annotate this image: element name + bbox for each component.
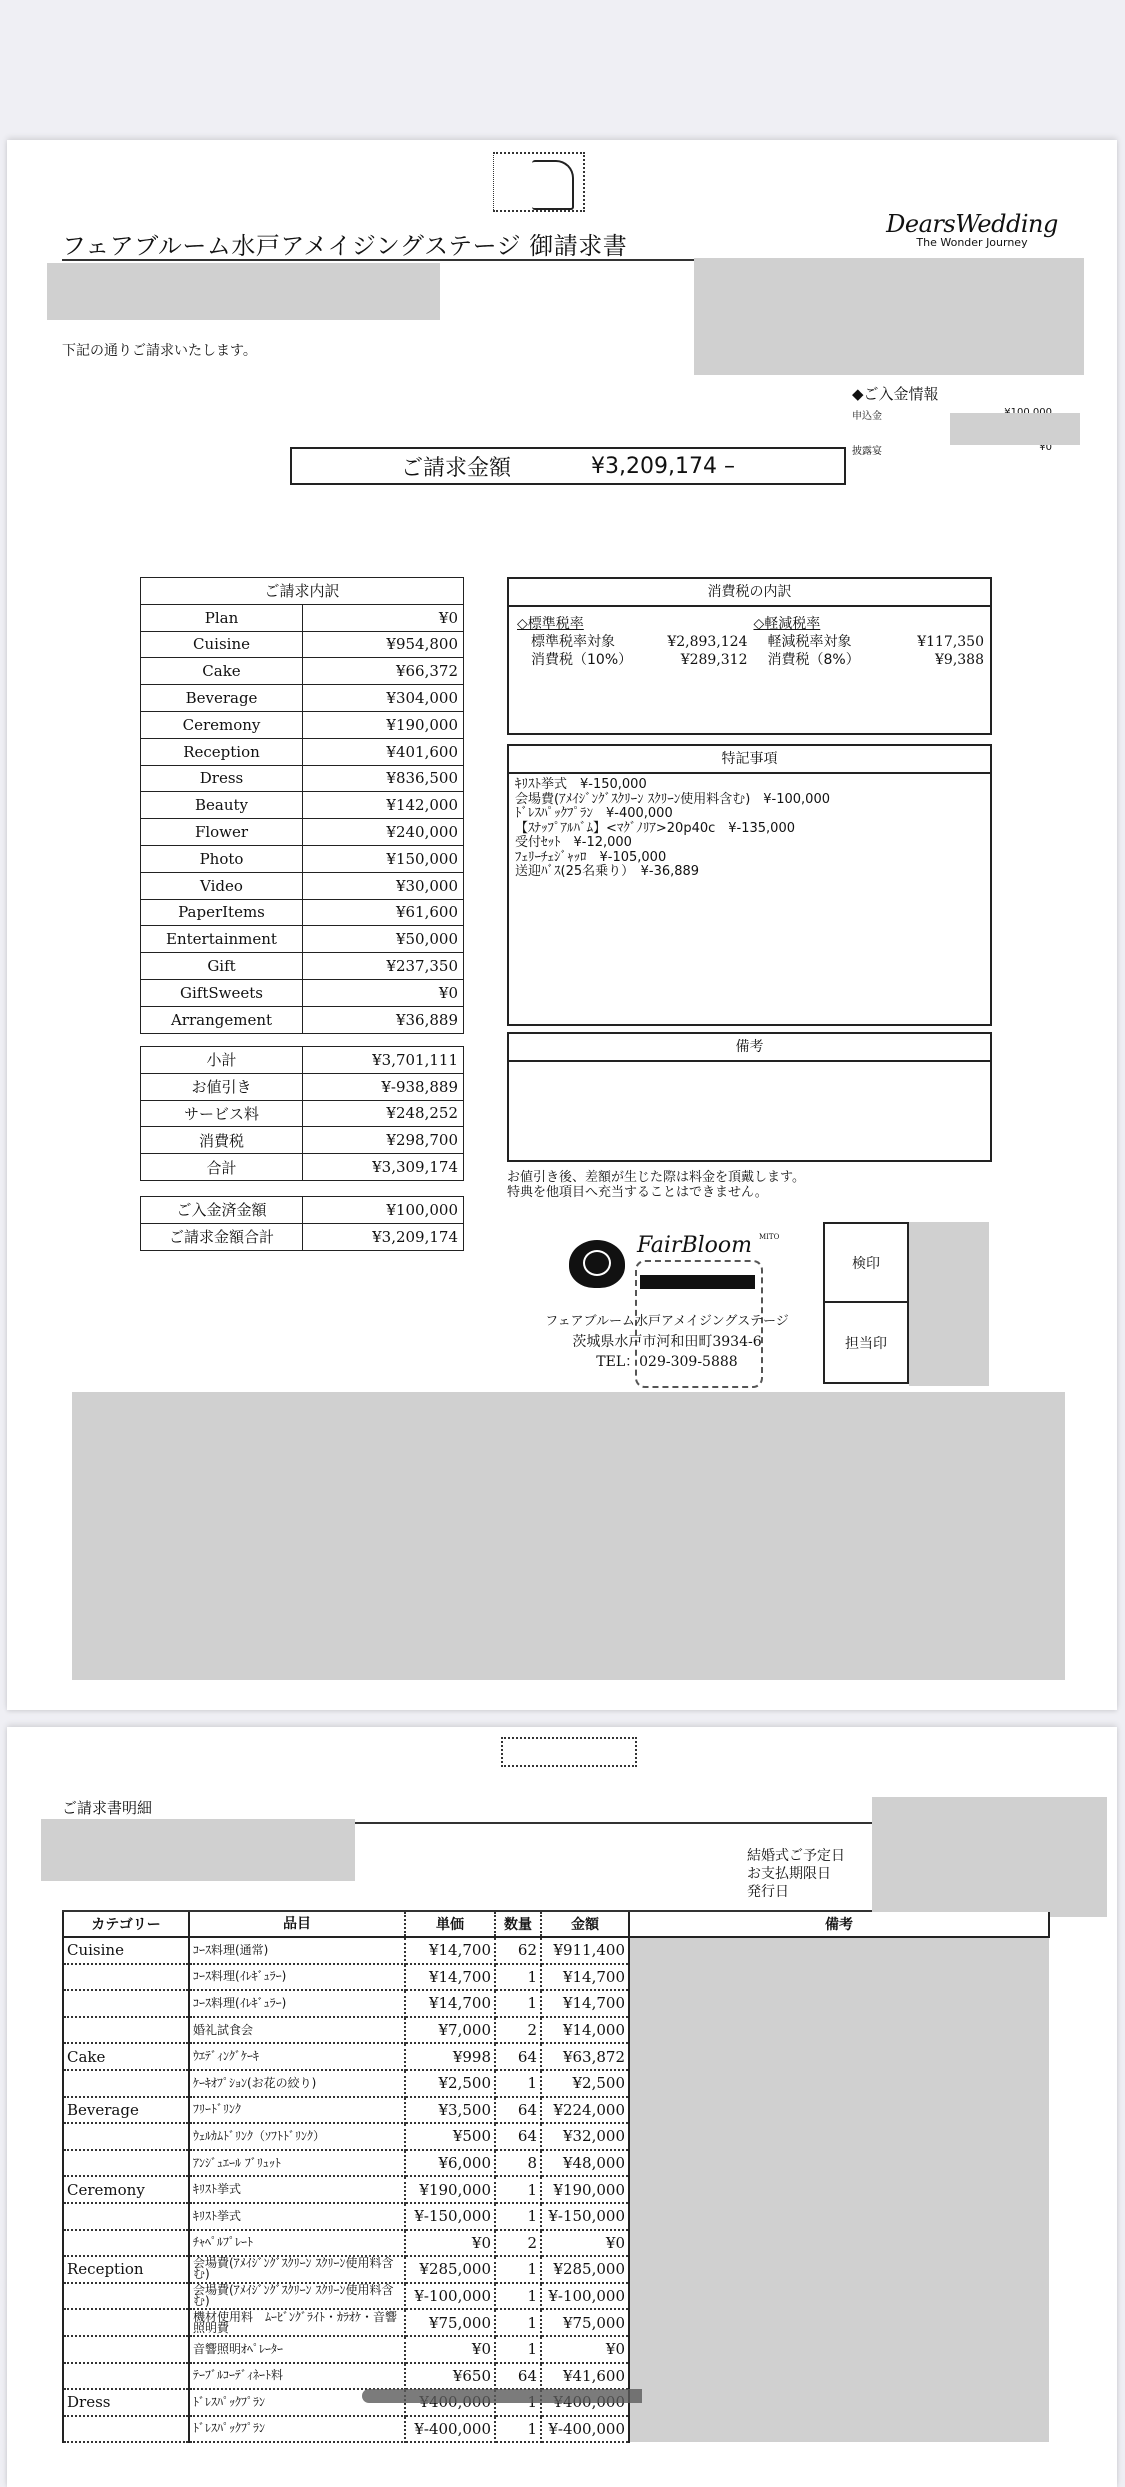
- cell-qty: 8: [495, 2150, 541, 2177]
- tax-title: 消費税の内訳: [509, 579, 990, 607]
- cell-amount: ¥911,400: [541, 1937, 629, 1964]
- cell-remarks-redacted: [629, 2176, 1049, 2203]
- row-label: Cuisine: [141, 631, 303, 658]
- cell-category: [63, 2017, 189, 2044]
- cell-qty: 64: [495, 2123, 541, 2150]
- table-row: Cake¥66,372: [141, 658, 464, 685]
- table-row: Photo¥150,000: [141, 845, 464, 872]
- cell-unit-price: ¥-150,000: [405, 2203, 495, 2230]
- cell-amount: ¥2,500: [541, 2070, 629, 2097]
- cell-item: ﾃｰﾌﾞﾙｺｰﾃﾞｨﾈｰﾄ料: [189, 2363, 405, 2390]
- table-row: サービス料¥248,252: [141, 1100, 464, 1127]
- row-value: ¥100,000: [303, 1197, 464, 1224]
- row-value: ¥3,309,174: [303, 1154, 464, 1181]
- row-value: ¥-938,889: [303, 1073, 464, 1100]
- cell-category: [63, 2309, 189, 2336]
- row-label: Reception: [141, 738, 303, 765]
- cell-qty: 1: [495, 2283, 541, 2310]
- scroll-indicator[interactable]: [362, 2389, 642, 2403]
- row-value: ¥50,000: [303, 926, 464, 953]
- row-value: ¥66,372: [303, 658, 464, 685]
- company-logo: FairBloom MITO: [637, 1233, 779, 1258]
- reduced-tax-heading: ◇軽減税率: [754, 613, 985, 633]
- cell-unit-price: ¥190,000: [405, 2176, 495, 2203]
- cell-remarks-redacted: [629, 2070, 1049, 2097]
- cell-unit-price: ¥14,700: [405, 1990, 495, 2017]
- special-note-line: 受付ｾｯﾄ ¥-12,000: [515, 836, 984, 851]
- cell-item: 会場費(ｱﾒｲｼﾞﾝｸﾞｽｸﾘｰﾝ ｽｸﾘｰﾝ使用料含む): [189, 2256, 405, 2283]
- row-value: ¥30,000: [303, 872, 464, 899]
- table-row: Reception¥401,600: [141, 738, 464, 765]
- cell-unit-price: ¥998: [405, 2043, 495, 2070]
- cell-remarks-redacted: [629, 2150, 1049, 2177]
- tax-label: 標準税率対象: [531, 633, 615, 651]
- row-value: ¥0: [303, 979, 464, 1006]
- col-qty: 数量: [495, 1912, 541, 1937]
- row-label: PaperItems: [141, 899, 303, 926]
- table-row: ご請求金額合計¥3,209,174: [141, 1223, 464, 1250]
- tax-value: ¥2,893,124: [667, 633, 747, 651]
- row-value: ¥237,350: [303, 953, 464, 980]
- tax-label: 消費税（8%）: [768, 651, 860, 669]
- table-row: Ceremonyｷﾘｽﾄ挙式¥190,0001¥190,000: [63, 2176, 1049, 2203]
- col-remarks: 備考: [629, 1912, 1049, 1937]
- table-row: 小計¥3,701,111: [141, 1047, 464, 1074]
- table-row: Reception会場費(ｱﾒｲｼﾞﾝｸﾞｽｸﾘｰﾝ ｽｸﾘｰﾝ使用料含む)¥2…: [63, 2256, 1049, 2283]
- payment-info-title: ◆ご入金情報: [852, 383, 1052, 404]
- breakdown-table: ご請求内訳 Plan¥0Cuisine¥954,800Cake¥66,372Be…: [140, 577, 464, 1034]
- special-note-line: 送迎ﾊﾞｽ(25名乗り） ¥-36,889: [515, 865, 984, 880]
- cell-remarks-redacted: [629, 2017, 1049, 2044]
- special-note-line: ｷﾘｽﾄ挙式 ¥-150,000: [515, 778, 984, 793]
- row-label: Beauty: [141, 792, 303, 819]
- cell-unit-price: ¥500: [405, 2123, 495, 2150]
- row-value: ¥61,600: [303, 899, 464, 926]
- col-category: カテゴリー: [63, 1912, 189, 1937]
- cell-amount: ¥48,000: [541, 2150, 629, 2177]
- title-underline: [355, 1822, 875, 1824]
- row-label: Dress: [141, 765, 303, 792]
- remarks-box: 備考: [507, 1032, 992, 1162]
- cell-category: [63, 2150, 189, 2177]
- cell-category: [63, 2123, 189, 2150]
- tax-label: 軽減税率対象: [768, 633, 852, 651]
- cell-remarks-redacted: [629, 2203, 1049, 2230]
- cell-qty: 2: [495, 2230, 541, 2257]
- cell-remarks-redacted: [629, 2256, 1049, 2283]
- standard-tax: ◇標準税率 標準税率対象¥2,893,124 消費税（10%）¥289,312: [517, 613, 748, 669]
- table-row: Cuisineｺｰｽ料理(通常)¥14,70062¥911,400: [63, 1937, 1049, 1964]
- redacted-dates: [872, 1797, 1107, 1917]
- table-row: ご入金済金額¥100,000: [141, 1197, 464, 1224]
- cell-unit-price: ¥3,500: [405, 2097, 495, 2124]
- total-amount-box: ご請求金額 ¥3,209,174 –: [290, 447, 846, 485]
- table-row: ｳｪﾙｶﾑﾄﾞﾘﾝｸ（ｿﾌﾄﾄﾞﾘﾝｸ）¥50064¥32,000: [63, 2123, 1049, 2150]
- table-row: 機材使用料 ﾑｰﾋﾞﾝｸﾞﾗｲﾄ・ｶﾗｵｹ・音響照明費¥75,0001¥75,0…: [63, 2309, 1049, 2336]
- row-value: ¥401,600: [303, 738, 464, 765]
- special-note-line: ﾄﾞﾚｽﾊﾟｯｸﾌﾟﾗﾝ ¥-400,000: [515, 807, 984, 822]
- details-table: カテゴリー 品目 単価 数量 金額 備考 Cuisineｺｰｽ料理(通常)¥14…: [62, 1912, 1050, 2436]
- cell-amount: ¥-100,000: [541, 2283, 629, 2310]
- special-notes-box: 特記事項 ｷﾘｽﾄ挙式 ¥-150,000会場費(ｱﾒｲｼﾞﾝｸﾞｽｸﾘｰﾝ ｽ…: [507, 744, 992, 1026]
- cell-amount: ¥0: [541, 2336, 629, 2363]
- redacted-recipient: [47, 263, 440, 320]
- table-row: 婚礼試食会¥7,0002¥14,000: [63, 2017, 1049, 2044]
- reduced-tax: ◇軽減税率 軽減税率対象¥117,350 消費税（8%）¥9,388: [748, 613, 985, 669]
- row-label: Photo: [141, 845, 303, 872]
- cell-unit-price: ¥14,700: [405, 1937, 495, 1964]
- cell-category: [63, 2416, 189, 2436]
- cell-item: ｺｰｽ料理(ｲﾚｷﾞｭﾗｰ): [189, 1990, 405, 2017]
- cell-category: [63, 2336, 189, 2363]
- special-note-line: 【ｽﾅｯﾌﾟｱﾙﾊﾞﾑ】<ﾏｸﾞﾉﾘｱ>20p40c ¥-135,000: [515, 822, 984, 837]
- table-row: Video¥30,000: [141, 872, 464, 899]
- row-value: ¥3,209,174: [303, 1223, 464, 1250]
- cell-item: ｷﾘｽﾄ挙式: [189, 2203, 405, 2230]
- cell-item: ｱﾝｼﾞｭｴｰﾙ ﾌﾞﾘｭｯﾄ: [189, 2150, 405, 2177]
- cell-category: Reception: [63, 2256, 189, 2283]
- cell-remarks-redacted: [629, 2389, 1049, 2416]
- cell-item: ｳｪﾙｶﾑﾄﾞﾘﾝｸ（ｿﾌﾄﾄﾞﾘﾝｸ）: [189, 2123, 405, 2150]
- cell-qty: 64: [495, 2363, 541, 2390]
- cell-item: 会場費(ｱﾒｲｼﾞﾝｸﾞｽｸﾘｰﾝ ｽｸﾘｰﾝ使用料含む): [189, 2283, 405, 2310]
- table-row: 合計¥3,309,174: [141, 1154, 464, 1181]
- row-label: 合計: [141, 1154, 303, 1181]
- intro-text: 下記の通りご請求いたします。: [62, 340, 257, 360]
- cell-remarks-redacted: [629, 2230, 1049, 2257]
- table-row: ﾄﾞﾚｽﾊﾟｯｸﾌﾟﾗﾝ¥-400,0001¥-400,000: [63, 2416, 1049, 2436]
- row-value: ¥142,000: [303, 792, 464, 819]
- cell-category: [63, 2363, 189, 2390]
- cell-category: [63, 1964, 189, 1991]
- cell-remarks-redacted: [629, 1990, 1049, 2017]
- row-value: ¥298,700: [303, 1127, 464, 1154]
- cell-item: 婚礼試食会: [189, 2017, 405, 2044]
- cell-item: ﾄﾞﾚｽﾊﾟｯｸﾌﾟﾗﾝ: [189, 2416, 405, 2436]
- row-value: ¥248,252: [303, 1100, 464, 1127]
- standard-tax-heading: ◇標準税率: [517, 613, 748, 633]
- cell-category: Cake: [63, 2043, 189, 2070]
- company-logo-text: FairBloom: [637, 1233, 752, 1258]
- row-label: Entertainment: [141, 926, 303, 953]
- row-label: サービス料: [141, 1100, 303, 1127]
- table-row: ﾃｰﾌﾞﾙｺｰﾃﾞｨﾈｰﾄ料¥65064¥41,600: [63, 2363, 1049, 2390]
- row-value: ¥304,000: [303, 685, 464, 712]
- company-info: フェアブルーム水戸アメイジングステージ 茨城県水戸市河和田町3934-6 TEL…: [517, 1312, 817, 1372]
- brand-name: DearsWedding: [867, 210, 1077, 238]
- paid-table: ご入金済金額¥100,000ご請求金額合計¥3,209,174: [140, 1196, 464, 1251]
- col-unit-price: 単価: [405, 1912, 495, 1937]
- table-row: ｷﾘｽﾄ挙式¥-150,0001¥-150,000: [63, 2203, 1049, 2230]
- row-label: 小計: [141, 1047, 303, 1074]
- cell-amount: ¥14,700: [541, 1964, 629, 1991]
- redacted-issuer: [694, 258, 1084, 375]
- cell-amount: ¥224,000: [541, 2097, 629, 2124]
- table-row: ｹｰｷｵﾌﾟｼｮﾝ(お花の絞り)¥2,5001¥2,500: [63, 2070, 1049, 2097]
- payment-due-label: お支払期限日: [747, 1865, 845, 1883]
- payment-label: 申込金: [852, 407, 882, 422]
- cell-remarks-redacted: [629, 1937, 1049, 1964]
- table-row: ｺｰｽ料理(ｲﾚｷﾞｭﾗｰ)¥14,7001¥14,700: [63, 1964, 1049, 1991]
- date-labels: 結婚式ご予定日 お支払期限日 発行日: [747, 1847, 845, 1901]
- cell-unit-price: ¥0: [405, 2336, 495, 2363]
- row-value: ¥954,800: [303, 631, 464, 658]
- breakdown-title: ご請求内訳: [141, 578, 464, 605]
- cell-qty: 64: [495, 2097, 541, 2124]
- cell-amount: ¥63,872: [541, 2043, 629, 2070]
- table-row: Cakeｳｴﾃﾞｨﾝｸﾞｹｰｷ¥99864¥63,872: [63, 2043, 1049, 2070]
- special-note-line: ﾌｪﾘｰﾁｪｼﾞｬｯﾛ ¥-105,000: [515, 851, 984, 866]
- cell-remarks-redacted: [629, 2363, 1049, 2390]
- payment-label: 披露宴: [852, 442, 882, 457]
- company-name: フェアブルーム水戸アメイジングステージ: [517, 1312, 817, 1332]
- cell-item: ｺｰｽ料理(通常): [189, 1937, 405, 1964]
- stamp-box: 検印 担当印: [823, 1222, 909, 1384]
- cell-unit-price: ¥7,000: [405, 2017, 495, 2044]
- cell-qty: 1: [495, 1990, 541, 2017]
- row-value: ¥36,889: [303, 1006, 464, 1033]
- row-label: Arrangement: [141, 1006, 303, 1033]
- wedding-date-label: 結婚式ご予定日: [747, 1847, 845, 1865]
- table-row: 会場費(ｱﾒｲｼﾞﾝｸﾞｽｸﾘｰﾝ ｽｸﾘｰﾝ使用料含む)¥-100,0001¥…: [63, 2283, 1049, 2310]
- row-value: ¥3,701,111: [303, 1047, 464, 1074]
- cell-category: [63, 2230, 189, 2257]
- disclaimer-line: 特典を他項目へ充当することはできません。: [507, 1185, 805, 1200]
- invoice-title: フェアブルーム水戸アメイジングステージ 御請求書: [62, 226, 627, 261]
- details-page: ご請求書明細 結婚式ご予定日 お支払期限日 発行日 カテゴリー 品目 単価 数量…: [7, 1727, 1117, 2436]
- redacted-recipient: [41, 1819, 355, 1881]
- total-label: ご請求金額: [401, 451, 511, 482]
- row-value: ¥0: [303, 604, 464, 631]
- cell-amount: ¥-400,000: [541, 2416, 629, 2436]
- cell-category: [63, 2203, 189, 2230]
- cell-remarks-redacted: [629, 2123, 1049, 2150]
- company-tel: TEL：029-309-5888: [517, 1352, 817, 1372]
- cell-remarks-redacted: [629, 2097, 1049, 2124]
- seal-stamp-icon: [493, 152, 585, 212]
- row-label: ご入金済金額: [141, 1197, 303, 1224]
- cell-qty: 1: [495, 2336, 541, 2363]
- row-label: Plan: [141, 604, 303, 631]
- row-label: Beverage: [141, 685, 303, 712]
- cell-qty: 62: [495, 1937, 541, 1964]
- cell-unit-price: ¥285,000: [405, 2256, 495, 2283]
- cell-category: Ceremony: [63, 2176, 189, 2203]
- cell-amount: ¥-150,000: [541, 2203, 629, 2230]
- cell-amount: ¥190,000: [541, 2176, 629, 2203]
- cell-qty: 1: [495, 1964, 541, 1991]
- cell-remarks-redacted: [629, 1964, 1049, 1991]
- cell-qty: 1: [495, 2256, 541, 2283]
- row-label: Flower: [141, 819, 303, 846]
- table-row: Flower¥240,000: [141, 819, 464, 846]
- tax-label: 消費税（10%）: [531, 651, 632, 669]
- cell-amount: ¥14,000: [541, 2017, 629, 2044]
- cell-amount: ¥0: [541, 2230, 629, 2257]
- title-underline: [62, 259, 700, 261]
- cell-unit-price: ¥-100,000: [405, 2283, 495, 2310]
- staff-stamp-label: 担当印: [825, 1303, 907, 1382]
- table-row: 音響照明ｵﾍﾟﾚｰﾀｰ¥01¥0: [63, 2336, 1049, 2363]
- cell-category: [63, 2283, 189, 2310]
- cell-unit-price: ¥14,700: [405, 1964, 495, 1991]
- col-amount: 金額: [541, 1912, 629, 1937]
- table-row: GiftSweets¥0: [141, 979, 464, 1006]
- row-label: Ceremony: [141, 711, 303, 738]
- tax-breakdown-box: 消費税の内訳 ◇標準税率 標準税率対象¥2,893,124 消費税（10%）¥2…: [507, 577, 992, 735]
- row-value: ¥150,000: [303, 845, 464, 872]
- special-notes-title: 特記事項: [509, 746, 990, 774]
- table-row: Cuisine¥954,800: [141, 631, 464, 658]
- cell-item: ｹｰｷｵﾌﾟｼｮﾝ(お花の絞り): [189, 2070, 405, 2097]
- cell-item: ｷﾘｽﾄ挙式: [189, 2176, 405, 2203]
- cell-unit-price: ¥75,000: [405, 2309, 495, 2336]
- table-row: Plan¥0: [141, 604, 464, 631]
- tax-value: ¥117,350: [917, 633, 984, 651]
- cell-remarks-redacted: [629, 2309, 1049, 2336]
- cell-remarks-redacted: [629, 2283, 1049, 2310]
- cell-unit-price: ¥0: [405, 2230, 495, 2257]
- total-amount: ¥3,209,174 –: [591, 454, 735, 479]
- row-label: Gift: [141, 953, 303, 980]
- cell-category: Cuisine: [63, 1937, 189, 1964]
- cell-unit-price: ¥6,000: [405, 2150, 495, 2177]
- row-label: Cake: [141, 658, 303, 685]
- table-row: Arrangement¥36,889: [141, 1006, 464, 1033]
- details-title: ご請求書明細: [62, 1797, 152, 1818]
- cell-qty: 1: [495, 2176, 541, 2203]
- cell-remarks-redacted: [629, 2416, 1049, 2436]
- special-notes-body: ｷﾘｽﾄ挙式 ¥-150,000会場費(ｱﾒｲｼﾞﾝｸﾞｽｸﾘｰﾝ ｽｸﾘｰﾝ使…: [509, 774, 990, 884]
- tax-value: ¥9,388: [935, 651, 984, 669]
- redacted-payment: [950, 413, 1080, 445]
- cell-category: Dress: [63, 2389, 189, 2416]
- table-row: Ceremony¥190,000: [141, 711, 464, 738]
- cell-amount: ¥41,600: [541, 2363, 629, 2390]
- table-row: Beverage¥304,000: [141, 685, 464, 712]
- cell-qty: 64: [495, 2043, 541, 2070]
- cell-unit-price: ¥2,500: [405, 2070, 495, 2097]
- redacted-stamps: [909, 1222, 989, 1386]
- cell-item: ｳｴﾃﾞｨﾝｸﾞｹｰｷ: [189, 2043, 405, 2070]
- brand-logo: DearsWedding The Wonder Journey: [867, 210, 1077, 249]
- invoice-page: フェアブルーム水戸アメイジングステージ 御請求書 DearsWedding Th…: [7, 140, 1117, 1710]
- cell-item: ﾌﾘｰﾄﾞﾘﾝｸ: [189, 2097, 405, 2124]
- summary-table: 小計¥3,701,111お値引き¥-938,889サービス料¥248,252消費…: [140, 1046, 464, 1181]
- company-address: 茨城県水戸市河和田町3934-6: [517, 1332, 817, 1352]
- row-label: GiftSweets: [141, 979, 303, 1006]
- cell-amount: ¥75,000: [541, 2309, 629, 2336]
- disclaimer: お値引き後、差額が生じた際は料金を頂戴します。 特典を他項目へ充当することはでき…: [507, 1170, 805, 1200]
- col-item: 品目: [189, 1912, 405, 1937]
- cell-qty: 2: [495, 2017, 541, 2044]
- row-label: ご請求金額合計: [141, 1223, 303, 1250]
- table-row: 消費税¥298,700: [141, 1127, 464, 1154]
- cell-category: [63, 2070, 189, 2097]
- disclaimer-line: お値引き後、差額が生じた際は料金を頂戴します。: [507, 1170, 805, 1185]
- cell-amount: ¥32,000: [541, 2123, 629, 2150]
- row-label: お値引き: [141, 1073, 303, 1100]
- inspection-stamp-label: 検印: [825, 1224, 907, 1303]
- row-value: ¥190,000: [303, 711, 464, 738]
- cell-unit-price: ¥650: [405, 2363, 495, 2390]
- cell-qty: 1: [495, 2309, 541, 2336]
- tax-value: ¥289,312: [681, 651, 748, 669]
- cell-remarks-redacted: [629, 2336, 1049, 2363]
- company-logo-sub: MITO: [759, 1233, 779, 1241]
- row-label: Video: [141, 872, 303, 899]
- cell-item: 音響照明ｵﾍﾟﾚｰﾀｰ: [189, 2336, 405, 2363]
- cell-item: ﾁｬﾍﾟﾙﾌﾟﾚｰﾄ: [189, 2230, 405, 2257]
- table-row: お値引き¥-938,889: [141, 1073, 464, 1100]
- cell-unit-price: ¥-400,000: [405, 2416, 495, 2436]
- row-value: ¥240,000: [303, 819, 464, 846]
- table-row: Entertainment¥50,000: [141, 926, 464, 953]
- cell-item: ｺｰｽ料理(ｲﾚｷﾞｭﾗｰ): [189, 1964, 405, 1991]
- cell-category: [63, 1990, 189, 2017]
- rose-logo-icon: [569, 1240, 625, 1288]
- table-row: PaperItems¥61,600: [141, 899, 464, 926]
- special-note-line: 会場費(ｱﾒｲｼﾞﾝｸﾞｽｸﾘｰﾝ ｽｸﾘｰﾝ使用料含む) ¥-100,000: [515, 793, 984, 808]
- table-row: ﾁｬﾍﾟﾙﾌﾟﾚｰﾄ¥02¥0: [63, 2230, 1049, 2257]
- table-row: ｺｰｽ料理(ｲﾚｷﾞｭﾗｰ)¥14,7001¥14,700: [63, 1990, 1049, 2017]
- cell-qty: 1: [495, 2416, 541, 2436]
- row-value: ¥836,500: [303, 765, 464, 792]
- table-row: Dress¥836,500: [141, 765, 464, 792]
- redacted-footer: [72, 1392, 1065, 1680]
- row-label: 消費税: [141, 1127, 303, 1154]
- cell-amount: ¥285,000: [541, 2256, 629, 2283]
- table-row: Beauty¥142,000: [141, 792, 464, 819]
- cell-qty: 1: [495, 2070, 541, 2097]
- cell-category: Beverage: [63, 2097, 189, 2124]
- seal-stamp-icon: [501, 1737, 637, 1767]
- remarks-title: 備考: [509, 1034, 990, 1062]
- table-row: Gift¥237,350: [141, 953, 464, 980]
- cell-item: 機材使用料 ﾑｰﾋﾞﾝｸﾞﾗｲﾄ・ｶﾗｵｹ・音響照明費: [189, 2309, 405, 2336]
- cell-qty: 1: [495, 2203, 541, 2230]
- issue-date-label: 発行日: [747, 1883, 845, 1901]
- table-row: ｱﾝｼﾞｭｴｰﾙ ﾌﾞﾘｭｯﾄ¥6,0008¥48,000: [63, 2150, 1049, 2177]
- cell-remarks-redacted: [629, 2043, 1049, 2070]
- table-row: Beverageﾌﾘｰﾄﾞﾘﾝｸ¥3,50064¥224,000: [63, 2097, 1049, 2124]
- cell-amount: ¥14,700: [541, 1990, 629, 2017]
